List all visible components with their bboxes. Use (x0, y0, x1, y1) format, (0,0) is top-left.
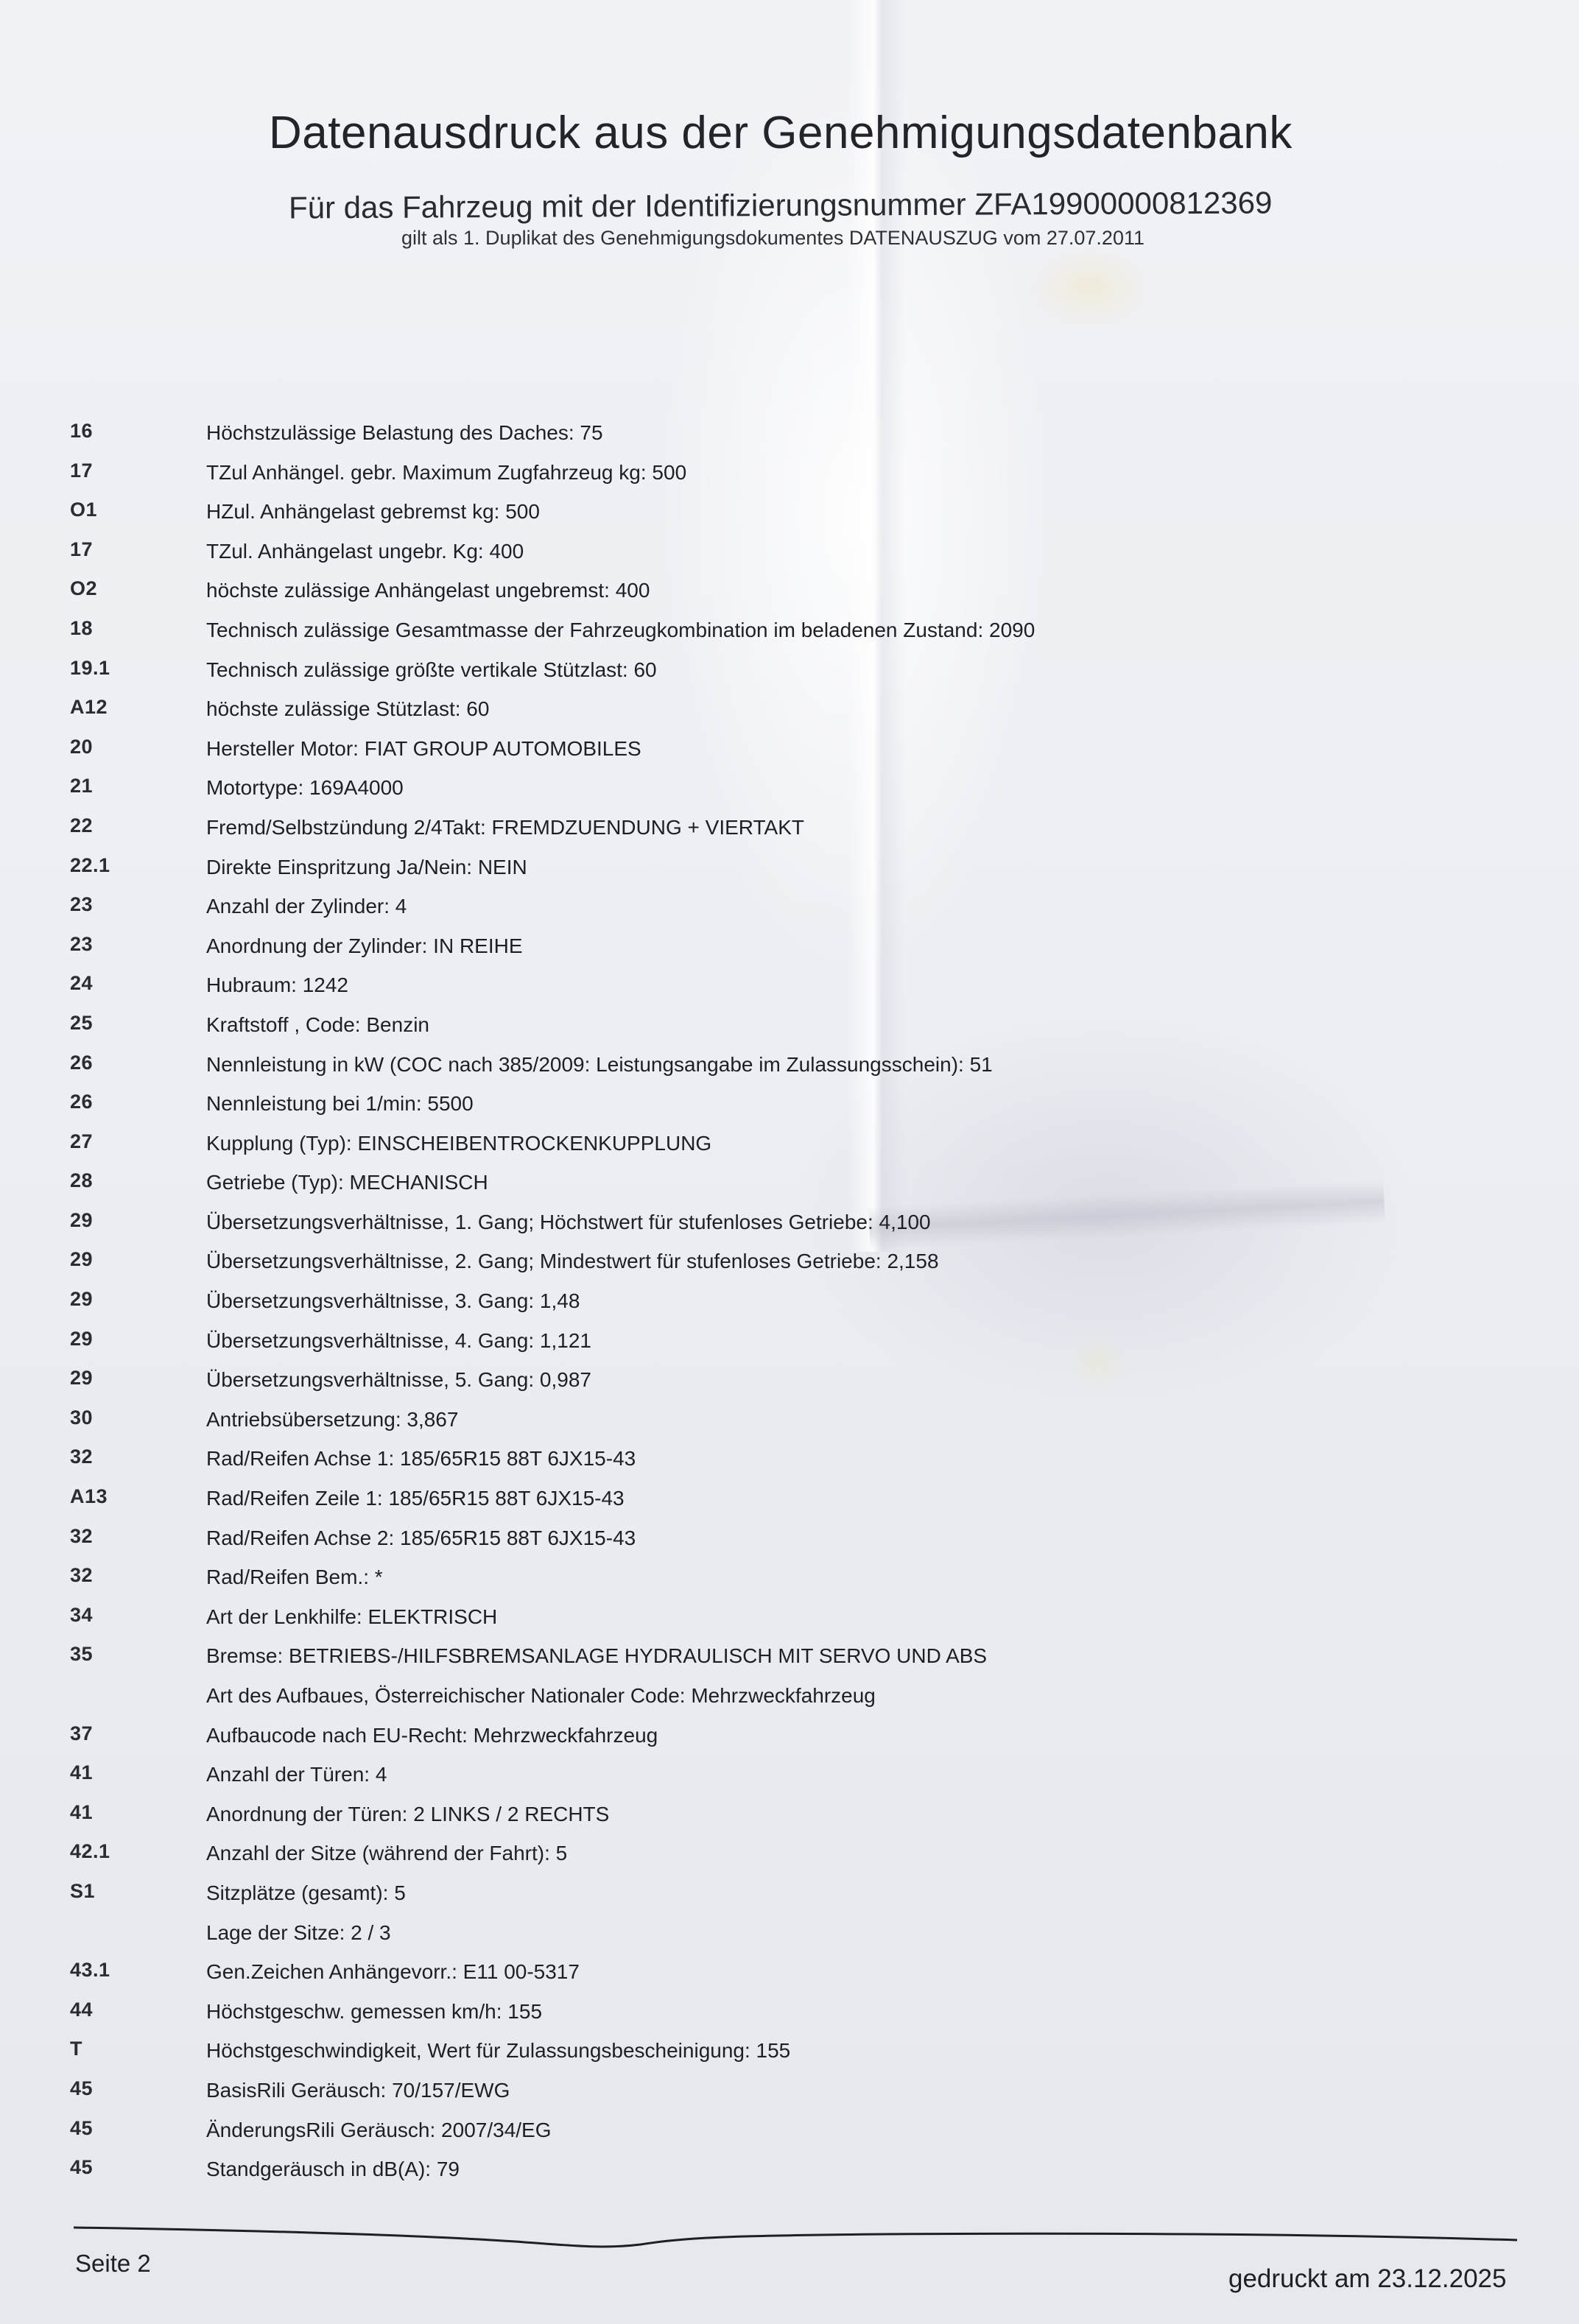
field-text: Fremd/Selbstzündung 2/4Takt: FREMDZUENDU… (206, 816, 804, 839)
field-text: Sitzplätze (gesamt): 5 (206, 1881, 406, 1905)
data-row: 18Technisch zulässige Gesamtmasse der Fa… (0, 617, 1579, 657)
field-text: Anzahl der Türen: 4 (206, 1763, 387, 1786)
field-text: Getriebe (Typ): MECHANISCH (206, 1171, 488, 1194)
field-text: TZul. Anhängelast ungebr. Kg: 400 (206, 540, 524, 563)
field-code: 45 (70, 2156, 93, 2179)
data-row: 45BasisRili Geräusch: 70/157/EWG (0, 2077, 1579, 2117)
field-code: 22.1 (70, 854, 110, 877)
field-code: 29 (70, 1288, 93, 1311)
field-code: 25 (70, 1012, 93, 1035)
field-text: Übersetzungsverhältnisse, 3. Gang: 1,48 (206, 1289, 580, 1313)
field-text: Nennleistung in kW (COC nach 385/2009: L… (206, 1053, 993, 1077)
field-text: Übersetzungsverhältnisse, 5. Gang: 0,987 (206, 1368, 591, 1392)
field-text: Hubraum: 1242 (206, 973, 348, 997)
data-row: S1Sitzplätze (gesamt): 5 (0, 1880, 1579, 1920)
field-code: O2 (70, 577, 97, 600)
field-text: höchste zulässige Stützlast: 60 (206, 697, 489, 721)
field-code: 21 (70, 775, 93, 797)
data-row: 26Nennleistung bei 1/min: 5500 (0, 1091, 1579, 1130)
field-text: Höchstzulässige Belastung des Daches: 75 (206, 421, 603, 445)
data-row: 16Höchstzulässige Belastung des Daches: … (0, 420, 1579, 459)
field-text: TZul Anhängel. gebr. Maximum Zugfahrzeug… (206, 461, 686, 485)
data-row: 25Kraftstoff , Code: Benzin (0, 1012, 1579, 1052)
field-text: Standgeräusch in dB(A): 79 (206, 2158, 460, 2181)
data-row: Lage der Sitze: 2 / 3 (0, 1920, 1579, 1959)
field-text: Gen.Zeichen Anhängevorr.: E11 00-5317 (206, 1960, 580, 1984)
document-title: Datenausdruck aus der Genehmigungsdatenb… (269, 107, 1315, 159)
print-date: gedruckt am 23.12.2025 (1228, 2264, 1506, 2294)
data-row: 23Anordnung der Zylinder: IN REIHE (0, 933, 1579, 973)
page-number: Seite 2 (75, 2250, 151, 2278)
field-text: HZul. Anhängelast gebremst kg: 500 (206, 500, 540, 524)
field-text: Rad/Reifen Achse 2: 185/65R15 88T 6JX15-… (206, 1527, 636, 1550)
field-text: Nennleistung bei 1/min: 5500 (206, 1092, 474, 1116)
document-subtitle: Für das Fahrzeug mit der Identifizierung… (289, 186, 1273, 226)
data-row: 29Übersetzungsverhältnisse, 4. Gang: 1,1… (0, 1328, 1579, 1367)
data-row: 29Übersetzungsverhältnisse, 3. Gang: 1,4… (0, 1288, 1579, 1328)
field-text: Anordnung der Zylinder: IN REIHE (206, 934, 523, 958)
field-code: A13 (70, 1485, 108, 1508)
field-text: Art des Aufbaues, Österreichischer Natio… (206, 1684, 876, 1708)
duplicate-note: gilt als 1. Duplikat des Genehmigungsdok… (401, 227, 1144, 250)
field-code: 44 (70, 1999, 93, 2021)
field-text: Rad/Reifen Bem.: * (206, 1566, 383, 1589)
data-row: 29Übersetzungsverhältnisse, 1. Gang; Höc… (0, 1209, 1579, 1249)
data-row: 35Bremse: BETRIEBS-/HILFSBREMSANLAGE HYD… (0, 1643, 1579, 1683)
data-row: 29Übersetzungsverhältnisse, 2. Gang; Min… (0, 1248, 1579, 1288)
field-text: Motortype: 169A4000 (206, 776, 404, 800)
data-row: O1HZul. Anhängelast gebremst kg: 500 (0, 499, 1579, 538)
field-text: Anordnung der Türen: 2 LINKS / 2 RECHTS (206, 1803, 609, 1826)
data-row: 19.1Technisch zulässige größte vertikale… (0, 657, 1579, 697)
data-row: 43.1Gen.Zeichen Anhängevorr.: E11 00-531… (0, 1959, 1579, 1999)
field-code: 23 (70, 893, 93, 916)
field-text: Antriebsübersetzung: 3,867 (206, 1408, 458, 1432)
data-row: 28Getriebe (Typ): MECHANISCH (0, 1169, 1579, 1209)
data-row: 26Nennleistung in kW (COC nach 385/2009:… (0, 1052, 1579, 1091)
data-row: 42.1Anzahl der Sitze (während der Fahrt)… (0, 1840, 1579, 1880)
field-text: Höchstgeschw. gemessen km/h: 155 (206, 2000, 542, 2024)
field-code: 26 (70, 1091, 93, 1113)
data-row: 23Anzahl der Zylinder: 4 (0, 893, 1579, 933)
field-code: 29 (70, 1209, 93, 1232)
field-code: 32 (70, 1564, 93, 1587)
data-row: 32Rad/Reifen Achse 1: 185/65R15 88T 6JX1… (0, 1446, 1579, 1485)
field-text: Lage der Sitze: 2 / 3 (206, 1921, 391, 1945)
field-text: Technisch zulässige größte vertikale Stü… (206, 658, 657, 682)
field-code: 30 (70, 1406, 93, 1429)
field-text: Rad/Reifen Zeile 1: 185/65R15 88T 6JX15-… (206, 1487, 625, 1510)
data-row: 27Kupplung (Typ): EINSCHEIBENTROCKENKUPP… (0, 1130, 1579, 1170)
field-code: 16 (70, 420, 93, 443)
data-row: 24Hubraum: 1242 (0, 972, 1579, 1012)
data-row: 32Rad/Reifen Bem.: * (0, 1564, 1579, 1604)
field-code: 32 (70, 1446, 93, 1468)
field-code: 23 (70, 933, 93, 956)
data-row: A13Rad/Reifen Zeile 1: 185/65R15 88T 6JX… (0, 1485, 1579, 1525)
field-code: A12 (70, 696, 108, 719)
field-text: Art der Lenkhilfe: ELEKTRISCH (206, 1605, 497, 1629)
field-text: Kupplung (Typ): EINSCHEIBENTROCKENKUPPLU… (206, 1132, 711, 1155)
field-code: 26 (70, 1052, 93, 1074)
data-row: THöchstgeschwindigkeit, Wert für Zulassu… (0, 2038, 1579, 2077)
field-text: Technisch zulässige Gesamtmasse der Fahr… (206, 619, 1035, 642)
data-row: 30Antriebsübersetzung: 3,867 (0, 1406, 1579, 1446)
field-code: 29 (70, 1328, 93, 1351)
field-text: Übersetzungsverhältnisse, 2. Gang; Minde… (206, 1250, 939, 1273)
data-row: 17TZul. Anhängelast ungebr. Kg: 400 (0, 538, 1579, 578)
field-text: Anzahl der Sitze (während der Fahrt): 5 (206, 1842, 567, 1865)
field-text: Aufbaucode nach EU-Recht: Mehrzweckfahrz… (206, 1724, 658, 1747)
field-code: T (70, 2038, 82, 2060)
data-row: 41Anordnung der Türen: 2 LINKS / 2 RECHT… (0, 1801, 1579, 1841)
field-text: BasisRili Geräusch: 70/157/EWG (206, 2079, 510, 2102)
footer-divider (74, 2224, 1517, 2253)
field-code: 41 (70, 1761, 93, 1784)
data-row: 34Art der Lenkhilfe: ELEKTRISCH (0, 1604, 1579, 1644)
field-text: Kraftstoff , Code: Benzin (206, 1013, 429, 1037)
field-text: höchste zulässige Anhängelast ungebremst… (206, 579, 650, 602)
data-row: 45Standgeräusch in dB(A): 79 (0, 2156, 1579, 2196)
field-code: 27 (70, 1130, 93, 1153)
field-text: Rad/Reifen Achse 1: 185/65R15 88T 6JX15-… (206, 1447, 636, 1471)
field-code: 28 (70, 1169, 93, 1192)
field-text: Direkte Einspritzung Ja/Nein: NEIN (206, 856, 527, 879)
data-row: 44Höchstgeschw. gemessen km/h: 155 (0, 1999, 1579, 2038)
field-code: 45 (70, 2077, 93, 2100)
field-code: O1 (70, 499, 97, 521)
field-code: 35 (70, 1643, 93, 1666)
data-row: 17TZul Anhängel. gebr. Maximum Zugfahrze… (0, 459, 1579, 499)
field-code: 17 (70, 538, 93, 561)
data-row: 37Aufbaucode nach EU-Recht: Mehrzweckfah… (0, 1722, 1579, 1762)
field-text: Hersteller Motor: FIAT GROUP AUTOMOBILES (206, 737, 641, 761)
field-code: 20 (70, 736, 93, 758)
data-row: 22.1Direkte Einspritzung Ja/Nein: NEIN (0, 854, 1579, 894)
field-text: ÄnderungsRili Geräusch: 2007/34/EG (206, 2119, 552, 2142)
data-row: 29Übersetzungsverhältnisse, 5. Gang: 0,9… (0, 1367, 1579, 1406)
field-code: 19.1 (70, 657, 110, 680)
data-row: O2höchste zulässige Anhängelast ungebrem… (0, 577, 1579, 617)
field-code: 17 (70, 459, 93, 482)
field-text: Übersetzungsverhältnisse, 4. Gang: 1,121 (206, 1329, 591, 1353)
data-row: 45ÄnderungsRili Geräusch: 2007/34/EG (0, 2117, 1579, 2157)
data-row: 20Hersteller Motor: FIAT GROUP AUTOMOBIL… (0, 736, 1579, 775)
field-code: 34 (70, 1604, 93, 1627)
field-text: Höchstgeschwindigkeit, Wert für Zulassun… (206, 2039, 790, 2063)
field-code: 18 (70, 617, 93, 640)
field-code: 29 (70, 1367, 93, 1390)
field-code: 45 (70, 2117, 93, 2140)
field-text: Übersetzungsverhältnisse, 1. Gang; Höchs… (206, 1211, 931, 1234)
field-code: S1 (70, 1880, 95, 1903)
data-row: 41Anzahl der Türen: 4 (0, 1761, 1579, 1801)
field-code: 29 (70, 1248, 93, 1271)
field-code: 42.1 (70, 1840, 110, 1863)
field-code: 43.1 (70, 1959, 110, 1982)
data-row: 32Rad/Reifen Achse 2: 185/65R15 88T 6JX1… (0, 1525, 1579, 1565)
field-code: 22 (70, 814, 93, 837)
field-code: 32 (70, 1525, 93, 1548)
field-code: 41 (70, 1801, 93, 1824)
data-row: Art des Aufbaues, Österreichischer Natio… (0, 1683, 1579, 1722)
field-text: Anzahl der Zylinder: 4 (206, 895, 407, 918)
data-row: A12höchste zulässige Stützlast: 60 (0, 696, 1579, 736)
field-text: Bremse: BETRIEBS-/HILFSBREMSANLAGE HYDRA… (206, 1644, 987, 1668)
field-code: 37 (70, 1722, 93, 1745)
data-rows: 16Höchstzulässige Belastung des Daches: … (0, 420, 1579, 2196)
field-code: 24 (70, 972, 93, 995)
data-row: 21Motortype: 169A4000 (0, 775, 1579, 814)
data-row: 22Fremd/Selbstzündung 2/4Takt: FREMDZUEN… (0, 814, 1579, 854)
